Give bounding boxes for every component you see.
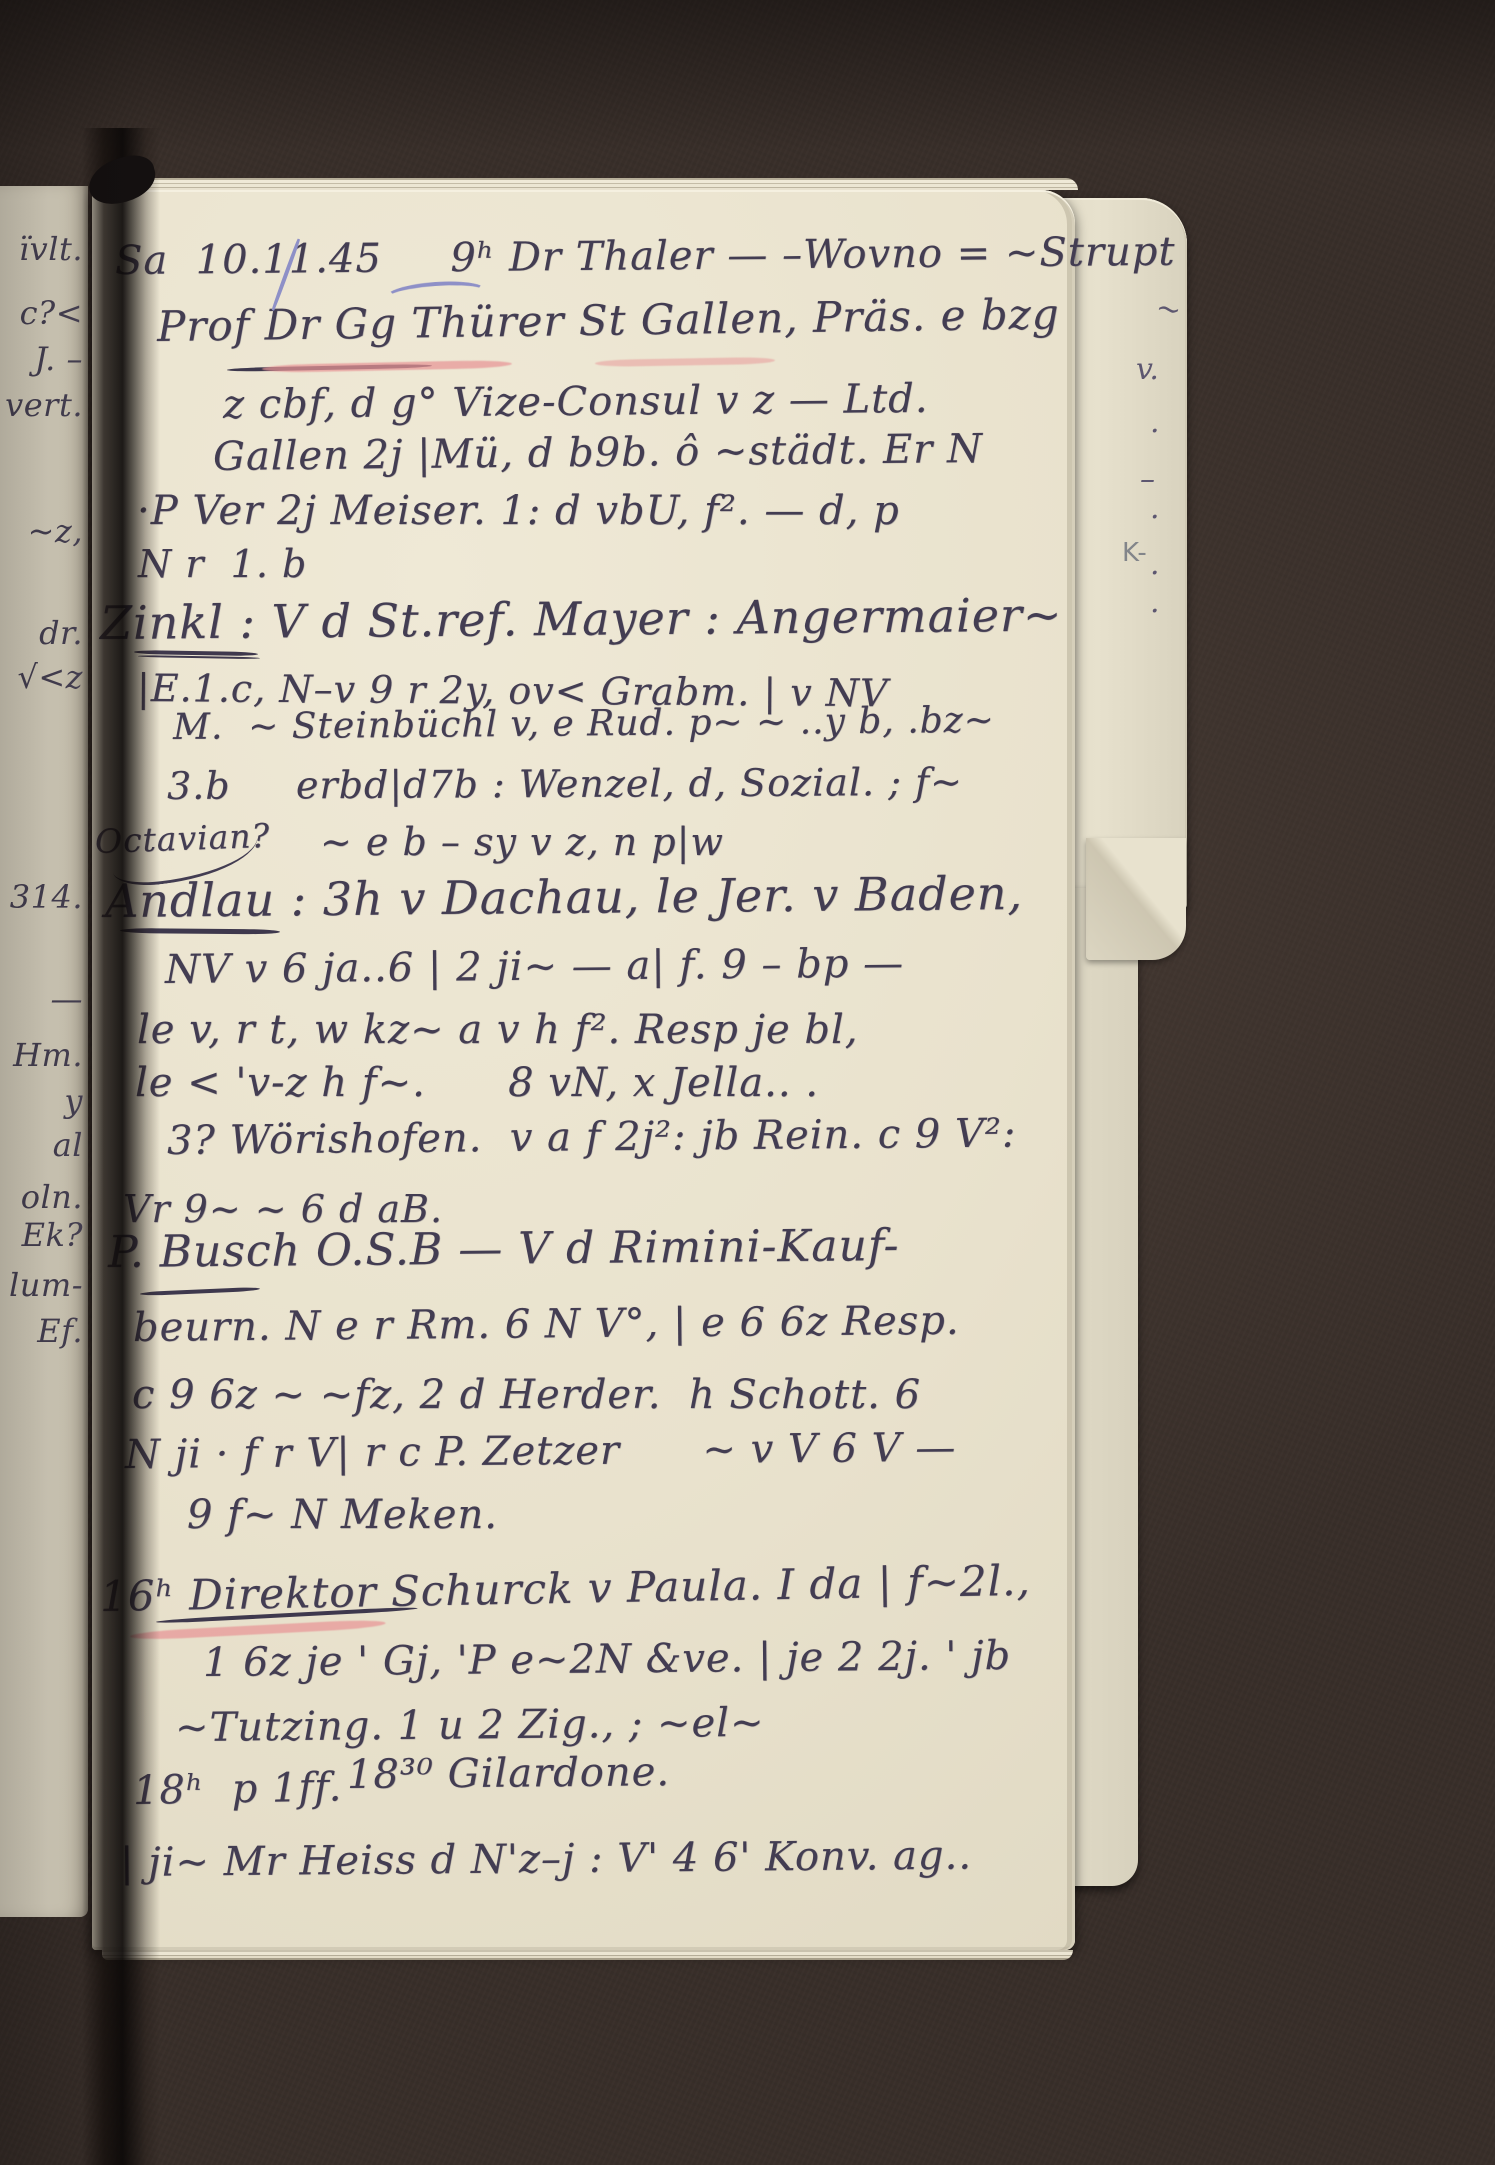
ink-mark: · (1150, 414, 1160, 449)
handwriting-line: N ji · f r V| r c P. Zetzer ~ v V 6 V — (125, 1425, 957, 1478)
text-fragment: oln. (21, 1178, 83, 1216)
text-fragment: 314. (10, 878, 83, 916)
text-fragment: c?< (20, 294, 83, 332)
handwriting-line: ~Tutzing. 1 u 2 Zig., ; ~el~ (175, 1700, 765, 1751)
ink-mark: · (1150, 500, 1160, 535)
text-fragment: — (51, 980, 84, 1018)
text-fragment: ïvlt. (19, 230, 83, 268)
text-fragment: Ek? (22, 1216, 83, 1254)
text-fragment: lum- (9, 1266, 83, 1304)
handwriting-line: Sa 10.11.45 9ʰ Dr Thaler — –Wovno = ~Str… (115, 229, 1176, 284)
handwriting-line: Gallen 2j |Mü, d b9b. ô ~städt. Er N (213, 426, 983, 480)
handwriting-line: c 9 6z ~ ~fz, 2 d Herder. h Schott. 6 (132, 1372, 921, 1418)
handwriting-line: NV v 6 ja..6 | 2 ji~ — a| f. 9 – bp — (165, 941, 904, 993)
handwriting-line: 18ʰ p 1ff. (133, 1764, 343, 1814)
text-fragment: ~z, (28, 512, 83, 550)
handwriting-line: | ji~ Mr Heiss d N'z–j : V' 4 6' Konv. a… (120, 1833, 972, 1886)
page-tab-label: K- (1122, 538, 1148, 568)
text-fragment: J. – (34, 340, 83, 378)
handwriting-line: N r 1. b (138, 542, 307, 586)
handwriting-line: 1 6z je ' Gj, 'P e~2N &ve. | je 2 2j. ' … (203, 1633, 1011, 1686)
page-fold-corner (1086, 838, 1186, 960)
handwriting-line: 3? Wörishofen. v a f 2j²: jb Rein. c 9 V… (167, 1111, 1017, 1164)
binding-gutter-shadow (82, 128, 160, 2165)
handwriting-line: ·P Ver 2j Meiser. 1: d vbU, f². — d, p (137, 488, 900, 534)
handwriting-line: 18³⁰ Gilardone. (347, 1749, 670, 1798)
text-fragment: vert. (5, 386, 83, 424)
text-fragment: al (53, 1126, 83, 1164)
ink-mark: · (1150, 556, 1160, 591)
ink-mark: v. (1136, 352, 1159, 387)
handwriting-line: z cbf, d g° Vize-Consul v z — Ltd. (223, 376, 929, 428)
handwriting-line: beurn. N e r Rm. 6 N V°, | e 6 6z Resp. (133, 1298, 960, 1351)
text-fragment: Ef. (37, 1312, 83, 1350)
handwriting-line: Andlau : 3h v Dachau, le Jer. v Baden, (105, 866, 1024, 928)
handwriting-line: 9 f~ N Meken. (187, 1492, 498, 1538)
facing-page-edge: ïvlt. c?< J. – vert. ~z, dr. √<z 314. — … (0, 186, 88, 1917)
handwriting-line: M. ~ Steinbüchl v, e Rud. p~ ~ ..y b, .b… (173, 700, 995, 748)
handwriting-line: 3.b erbd|d7b : Wenzel, d, Sozial. ; f~ (167, 760, 963, 808)
handwriting-line: le < 'v-z h f~. 8 vN, x Jella.. . (135, 1060, 819, 1106)
ink-mark: – (1140, 462, 1155, 497)
text-fragment: Hm. (13, 1036, 83, 1074)
text-fragment: dr. (39, 614, 83, 652)
handwriting-line: Zinkl : V d St.ref. Mayer : Angermaier~ (100, 588, 1063, 650)
text-fragment: y (64, 1082, 83, 1120)
handwriting-line: ~ e b – sy v z, n p|w (320, 820, 724, 864)
handwriting-line: le v, r t, w kz~ a v h f². Resp je bl, (137, 1007, 858, 1053)
ink-mark: · (1150, 594, 1160, 629)
notebook-photo: ~ v. · – · · · K- ïvlt. c?< J. – vert. ~… (0, 0, 1495, 2165)
text-fragment: √<z (17, 658, 83, 696)
handwriting-line: P. Busch O.S.B — V d Rimini-Kauf- (108, 1220, 900, 1278)
